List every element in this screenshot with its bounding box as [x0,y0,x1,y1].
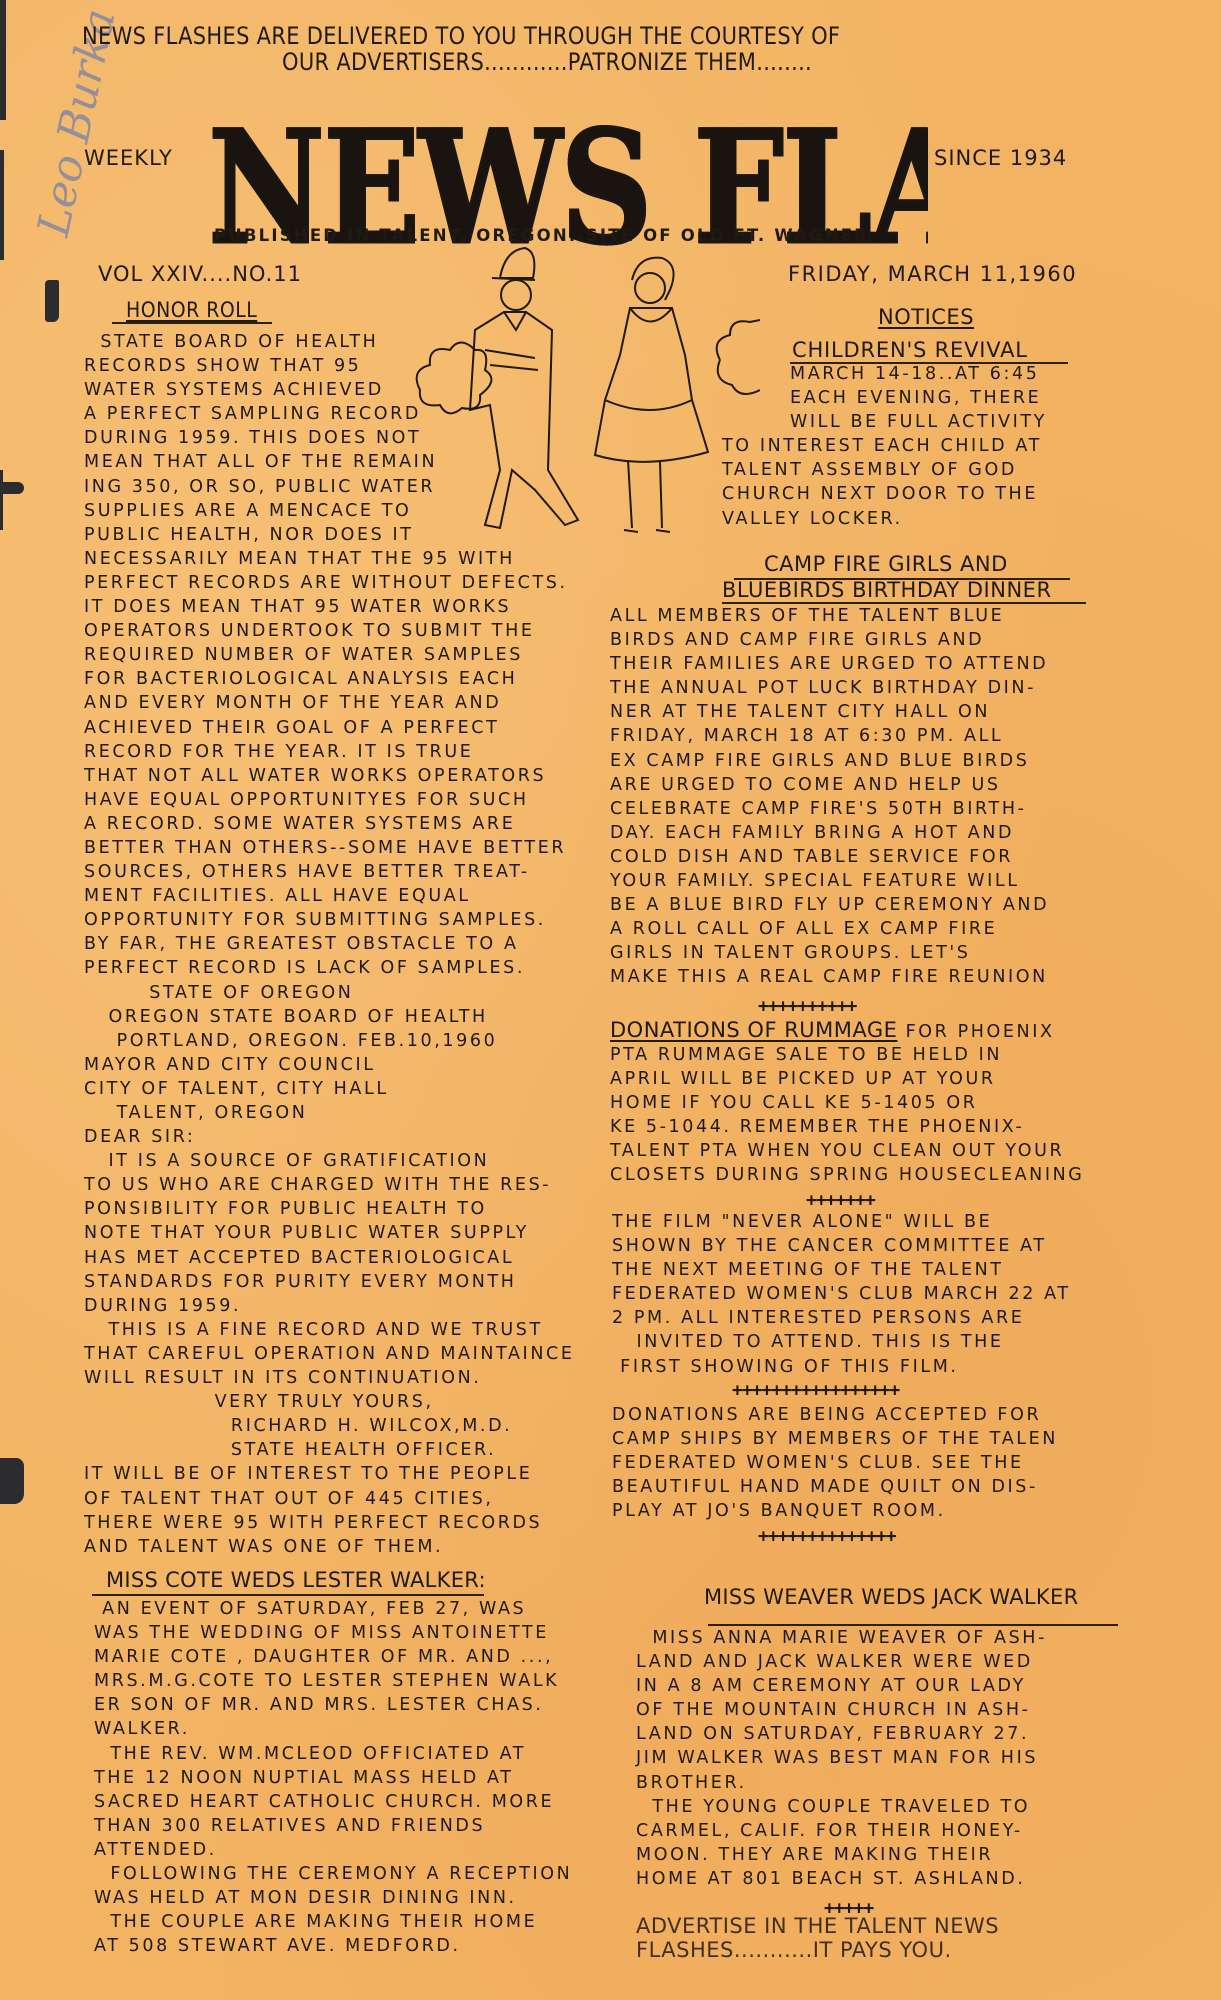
text-line: SUPPLIES ARE A MENCACE TO [84,499,604,523]
text-line: TO INTEREST EACH CHILD AT [722,434,1122,458]
text-line: BEAUTIFUL HAND MADE QUILT ON DIS- [612,1475,1132,1499]
text-line: TALENT PTA WHEN YOU CLEAN OUT YOUR [610,1139,1130,1163]
text-line: IT WILL BE OF INTEREST TO THE PEOPLE [84,1462,604,1486]
text-line: NER AT THE TALENT CITY HALL ON [610,700,1130,724]
text-line: AT 508 STEWART AVE. MEDFORD. [94,1934,614,1958]
text-line: PORTLAND, OREGON. FEB.10,1960 [84,1029,604,1053]
text-line: MEAN THAT ALL OF THE REMAIN [84,450,604,474]
text-line: APRIL WILL BE PICKED UP AT YOUR [610,1067,1130,1091]
text-line: THE 12 NOON NUPTIAL MASS HELD AT [94,1766,614,1790]
text-line: A ROLL CALL OF ALL EX CAMP FIRE [610,917,1130,941]
text-line: THERE WERE 95 WITH PERFECT RECORDS [84,1511,604,1535]
text-line: CELEBRATE CAMP FIRE'S 50TH BIRTH- [610,797,1130,821]
text-line: CAMP SHIPS BY MEMBERS OF THE TALEN [612,1427,1132,1451]
text-line: JIM WALKER WAS BEST MAN FOR HIS [636,1746,1136,1770]
text-line: TALENT, OREGON [84,1101,604,1125]
text-line: ATTENDED. [94,1838,614,1862]
text-line: BIRDS AND CAMP FIRE GIRLS AND [610,628,1130,652]
text-line: CARMEL, CALIF. FOR THEIR HONEY- [636,1819,1136,1843]
camp-fire-heading-1: CAMP FIRE GIRLS AND [764,552,1008,576]
text-line: ARE URGED TO COME AND HELP US [610,773,1130,797]
advertise-line: ADVERTISE IN THE TALENT NEWS [636,1914,999,1938]
cote-wedding-heading: MISS COTE WEDS LESTER WALKER: [106,1568,486,1592]
torn-edge [0,470,3,530]
text-line: LAND ON SATURDAY, FEBRUARY 27. [636,1722,1136,1746]
text-line: YOUR FAMILY. SPECIAL FEATURE WILL [610,869,1130,893]
text-line: TALENT ASSEMBLY OF GOD [722,458,1122,482]
text-line: MARIE COTE , DAUGHTER OF MR. AND ..., [94,1645,614,1669]
weekly-label: WEEKLY [84,146,173,170]
text-line: WATER SYSTEMS ACHIEVED [84,378,604,402]
text-line: WAS THE WEDDING OF MISS ANTOINETTE [94,1621,614,1645]
text-line: OPPORTUNITY FOR SUBMITTING SAMPLES. [84,908,604,932]
text-line: MENT FACILITIES. ALL HAVE EQUAL [84,884,604,908]
text-line: OF THE MOUNTAIN CHURCH IN ASH- [636,1698,1136,1722]
text-line: SACRED HEART CATHOLIC CHURCH. MORE [94,1790,614,1814]
camp-ships-notice: DONATIONS ARE BEING ACCEPTED FORCAMP SHI… [612,1403,1132,1523]
text-line: STATE HEALTH OFFICER. [84,1438,604,1462]
text-line: ACHIEVED THEIR GOAL OF A PERFECT [84,716,604,740]
text-line: WAS HELD AT MON DESIR DINING INN. [94,1886,614,1910]
text-line: THIS IS A FINE RECORD AND WE TRUST [84,1318,604,1342]
text-line: THE FILM "NEVER ALONE" WILL BE [612,1210,1132,1234]
text-line: THE ANNUAL POT LUCK BIRTHDAY DIN- [610,676,1130,700]
text-line: VALLEY LOCKER. [722,507,1122,531]
text-line: DURING 1959. [84,1294,604,1318]
rummage-title-rest: FOR PHOENIX [897,1022,1054,1042]
text-line: VERY TRULY YOURS, [84,1390,604,1414]
text-line: MAKE THIS A REAL CAMP FIRE REUNION [610,965,1130,989]
text-line: OF TALENT THAT OUT OF 445 CITIES, [84,1487,604,1511]
text-line: PUBLIC HEALTH, NOR DOES IT [84,523,604,547]
text-line: PERFECT RECORDS ARE WITHOUT DEFECTS. [84,571,604,595]
text-line: ALL MEMBERS OF THE TALENT BLUE [610,604,1130,628]
text-line: KE 5-1044. REMEMBER THE PHOENIX- [610,1115,1130,1139]
woman-figure-icon [595,258,708,532]
childrens-revival-heading: CHILDREN'S REVIVAL [792,338,1028,362]
text-line: MISS ANNA MARIE WEAVER OF ASH- [636,1626,1136,1650]
text-line: DAY. EACH FAMILY BRING A HOT AND [610,821,1130,845]
text-line: STATE OF OREGON [84,981,604,1005]
issue-date: FRIDAY, MARCH 11,1960 [788,262,1077,286]
text-line: SHOWN BY THE CANCER COMMITTEE AT [612,1234,1132,1258]
text-line: PTA RUMMAGE SALE TO BE HELD IN [610,1043,1130,1067]
text-line: THEIR FAMILIES ARE URGED TO ATTEND [610,652,1130,676]
camp-fire-heading-2: BLUEBIRDS BIRTHDAY DINNER [722,578,1052,602]
text-line: RECORDS SHOW THAT 95 [84,354,604,378]
text-line: WILL RESULT IN ITS CONTINUATION. [84,1366,604,1390]
weaver-wedding-heading: MISS WEAVER WEDS JACK WALKER [704,1585,1078,1609]
text-line: AND TALENT WAS ONE OF THEM. [84,1535,604,1559]
separator: +++++++ [806,1190,875,1211]
text-line: FRIDAY, MARCH 18 AT 6:30 PM. ALL [610,724,1130,748]
text-line: IT DOES MEAN THAT 95 WATER WORKS [84,595,604,619]
volume-number: VOL XXIV....No.11 [98,262,302,286]
separator: +++++++++++++++++ [732,1380,899,1401]
text-line: FOR BACTERIOLOGICAL ANALYSIS EACH [84,667,604,691]
text-line: DEAR SIR: [84,1125,604,1149]
heading-rule [92,1594,484,1596]
text-line: MAYOR AND CITY COUNCIL [84,1053,604,1077]
text-line: AND EVERY MONTH OF THE YEAR AND [84,691,604,715]
text-line: A RECORD. SOME WATER SYSTEMS ARE [84,812,604,836]
text-line: AN EVENT OF SATURDAY, FEB 27, WAS [94,1597,614,1621]
text-line: HAS MET ACCEPTED BACTERIOLOGICAL [84,1246,604,1270]
film-notice: THE FILM "NEVER ALONE" WILL BESHOWN BY T… [612,1210,1132,1379]
text-line: DONATIONS ARE BEING ACCEPTED FOR [612,1403,1132,1427]
text-line: 2 PM. ALL INTERESTED PERSONS ARE [612,1306,1132,1330]
separator: ++++++++++++++ [758,1526,896,1547]
text-line: THE REV. WM.MCLEOD OFFICIATED AT [94,1742,614,1766]
text-line: THAT CAREFUL OPERATION AND MAINTAINCE [84,1342,604,1366]
text-line: COLD DISH AND TABLE SERVICE FOR [610,845,1130,869]
text-line: MRS.M.G.COTE TO LESTER STEPHEN WALK [94,1669,614,1693]
torn-edge [0,482,24,494]
text-line: FEDERATED WOMEN'S CLUB MARCH 22 AT [612,1282,1132,1306]
childrens-revival-article: MARCH 14-18..AT 6:45EACH EVENING, THEREW… [722,362,1122,531]
text-line: EX CAMP FIRE GIRLS AND BLUE BIRDS [610,749,1130,773]
text-line: HAVE EQUAL OPPORTUNITYES FOR SUCH [84,788,604,812]
text-line: FIRST SHOWING OF THIS FILM. [612,1355,1132,1379]
text-line: THE YOUNG COUPLE TRAVELED TO [636,1795,1136,1819]
text-line: IN A 8 AM CEREMONY AT OUR LADY [636,1674,1136,1698]
text-line: ER SON OF MR. AND MRS. LESTER CHAS. [94,1693,614,1717]
text-line: STATE BOARD OF HEALTH [84,330,604,354]
camp-fire-article: ALL MEMBERS OF THE TALENT BLUEBIRDS AND … [610,604,1130,990]
text-line: PONSIBILITY FOR PUBLIC HEALTH TO [84,1197,604,1221]
text-line: RICHARD H. WILCOX,M.D. [84,1414,604,1438]
text-line: REQUIRED NUMBER OF WATER SAMPLES [84,643,604,667]
rummage-title: DONATIONS OF RUMMAGE [610,1018,897,1042]
text-line: WALKER. [94,1717,614,1741]
advertise-line: FLASHES...........IT PAYS YOU. [636,1938,952,1962]
text-line: HOME IF YOU CALL KE 5-1405 OR [610,1091,1130,1115]
text-line: NOTE THAT YOUR PUBLIC WATER SUPPLY [84,1221,604,1245]
text-line: A PERFECT SAMPLING RECORD [84,402,604,426]
text-line: BE A BLUE BIRD FLY UP CEREMONY AND [610,893,1130,917]
text-line: INVITED TO ATTEND. THIS IS THE [612,1330,1132,1354]
cote-wedding-article: AN EVENT OF SATURDAY, FEB 27, WASWAS THE… [94,1597,614,1958]
text-line: BROTHER. [636,1771,1136,1795]
text-line: CHURCH NEXT DOOR TO THE [722,482,1122,506]
text-line: IT IS A SOURCE OF GRATIFICATION [84,1149,604,1173]
text-line: DURING 1959. THIS DOES NOT [84,426,604,450]
text-line: ING 350, OR SO, PUBLIC WATER [84,475,604,499]
text-line: CITY OF TALENT, CITY HALL [84,1077,604,1101]
text-line: GIRLS IN TALENT GROUPS. LET'S [610,941,1130,965]
heading-rule [112,322,272,324]
text-line: TO US WHO ARE CHARGED WITH THE RES- [84,1173,604,1197]
torn-edge [0,150,4,260]
text-line: MOON. THEY ARE MAKING THEIR [636,1843,1136,1867]
text-line: BY FAR, THE GREATEST OBSTACLE TO A [84,932,604,956]
text-line: EACH EVENING, THERE [722,386,1122,410]
text-line: HOME AT 801 BEACH ST. ASHLAND. [636,1867,1136,1891]
text-line: PERFECT RECORD IS LACK OF SAMPLES. [84,956,604,980]
text-line: OREGON STATE BOARD OF HEALTH [84,1005,604,1029]
rummage-heading: DONATIONS OF RUMMAGE FOR PHOENIX [610,1018,1055,1042]
text-line: FOLLOWING THE CEREMONY A RECEPTION [94,1862,614,1886]
text-line: STANDARDS FOR PURITY EVERY MONTH [84,1270,604,1294]
text-line: PLAY AT JO'S BANQUET ROOM. [612,1499,1132,1523]
weaver-wedding-article: MISS ANNA MARIE WEAVER OF ASH-LAND AND J… [636,1626,1136,1891]
honor-roll-article: STATE BOARD OF HEALTHRECORDS SHOW THAT 9… [84,330,604,1559]
text-line: THAN 300 RELATIVES AND FRIENDS [94,1814,614,1838]
since-label: SINCE 1934 [934,146,1067,170]
text-line: BETTER THAN OTHERS--SOME HAVE BETTER [84,836,604,860]
torn-edge [45,280,59,322]
text-line: THE COUPLE ARE MAKING THEIR HOME [94,1910,614,1934]
torn-edge [0,0,6,120]
torn-edge [0,1458,24,1504]
text-line: OPERATORS UNDERTOOK TO SUBMIT THE [84,619,604,643]
honor-roll-heading: HONOR ROLL [126,298,257,322]
separator: ++++++++++ [758,996,856,1017]
notices-heading: NOTICES [878,305,974,329]
text-line: THAT NOT ALL WATER WORKS OPERATORS [84,764,604,788]
text-line: FEDERATED WOMEN'S CLUB. SEE THE [612,1451,1132,1475]
text-line: CLOSETS DURING SPRING HOUSECLEANING [610,1163,1130,1187]
text-line: SOURCES, OTHERS HAVE BETTER TREAT- [84,860,604,884]
courtesy-line: NEWS FLASHES ARE DELIVERED TO YOU THROUG… [82,22,840,50]
text-line: MARCH 14-18..AT 6:45 [722,362,1122,386]
rummage-article: PTA RUMMAGE SALE TO BE HELD INAPRIL WILL… [610,1043,1130,1188]
text-line: WILL BE FULL ACTIVITY [722,410,1122,434]
text-line: LAND AND JACK WALKER WERE WED [636,1650,1136,1674]
courtesy-line: OUR ADVERTISERS............PATRONIZE THE… [282,48,812,76]
text-line: NECESSARILY MEAN THAT THE 95 WITH [84,547,604,571]
text-line: RECORD FOR THE YEAR. IT IS TRUE [84,740,604,764]
text-line: THE NEXT MEETING OF THE TALENT [612,1258,1132,1282]
